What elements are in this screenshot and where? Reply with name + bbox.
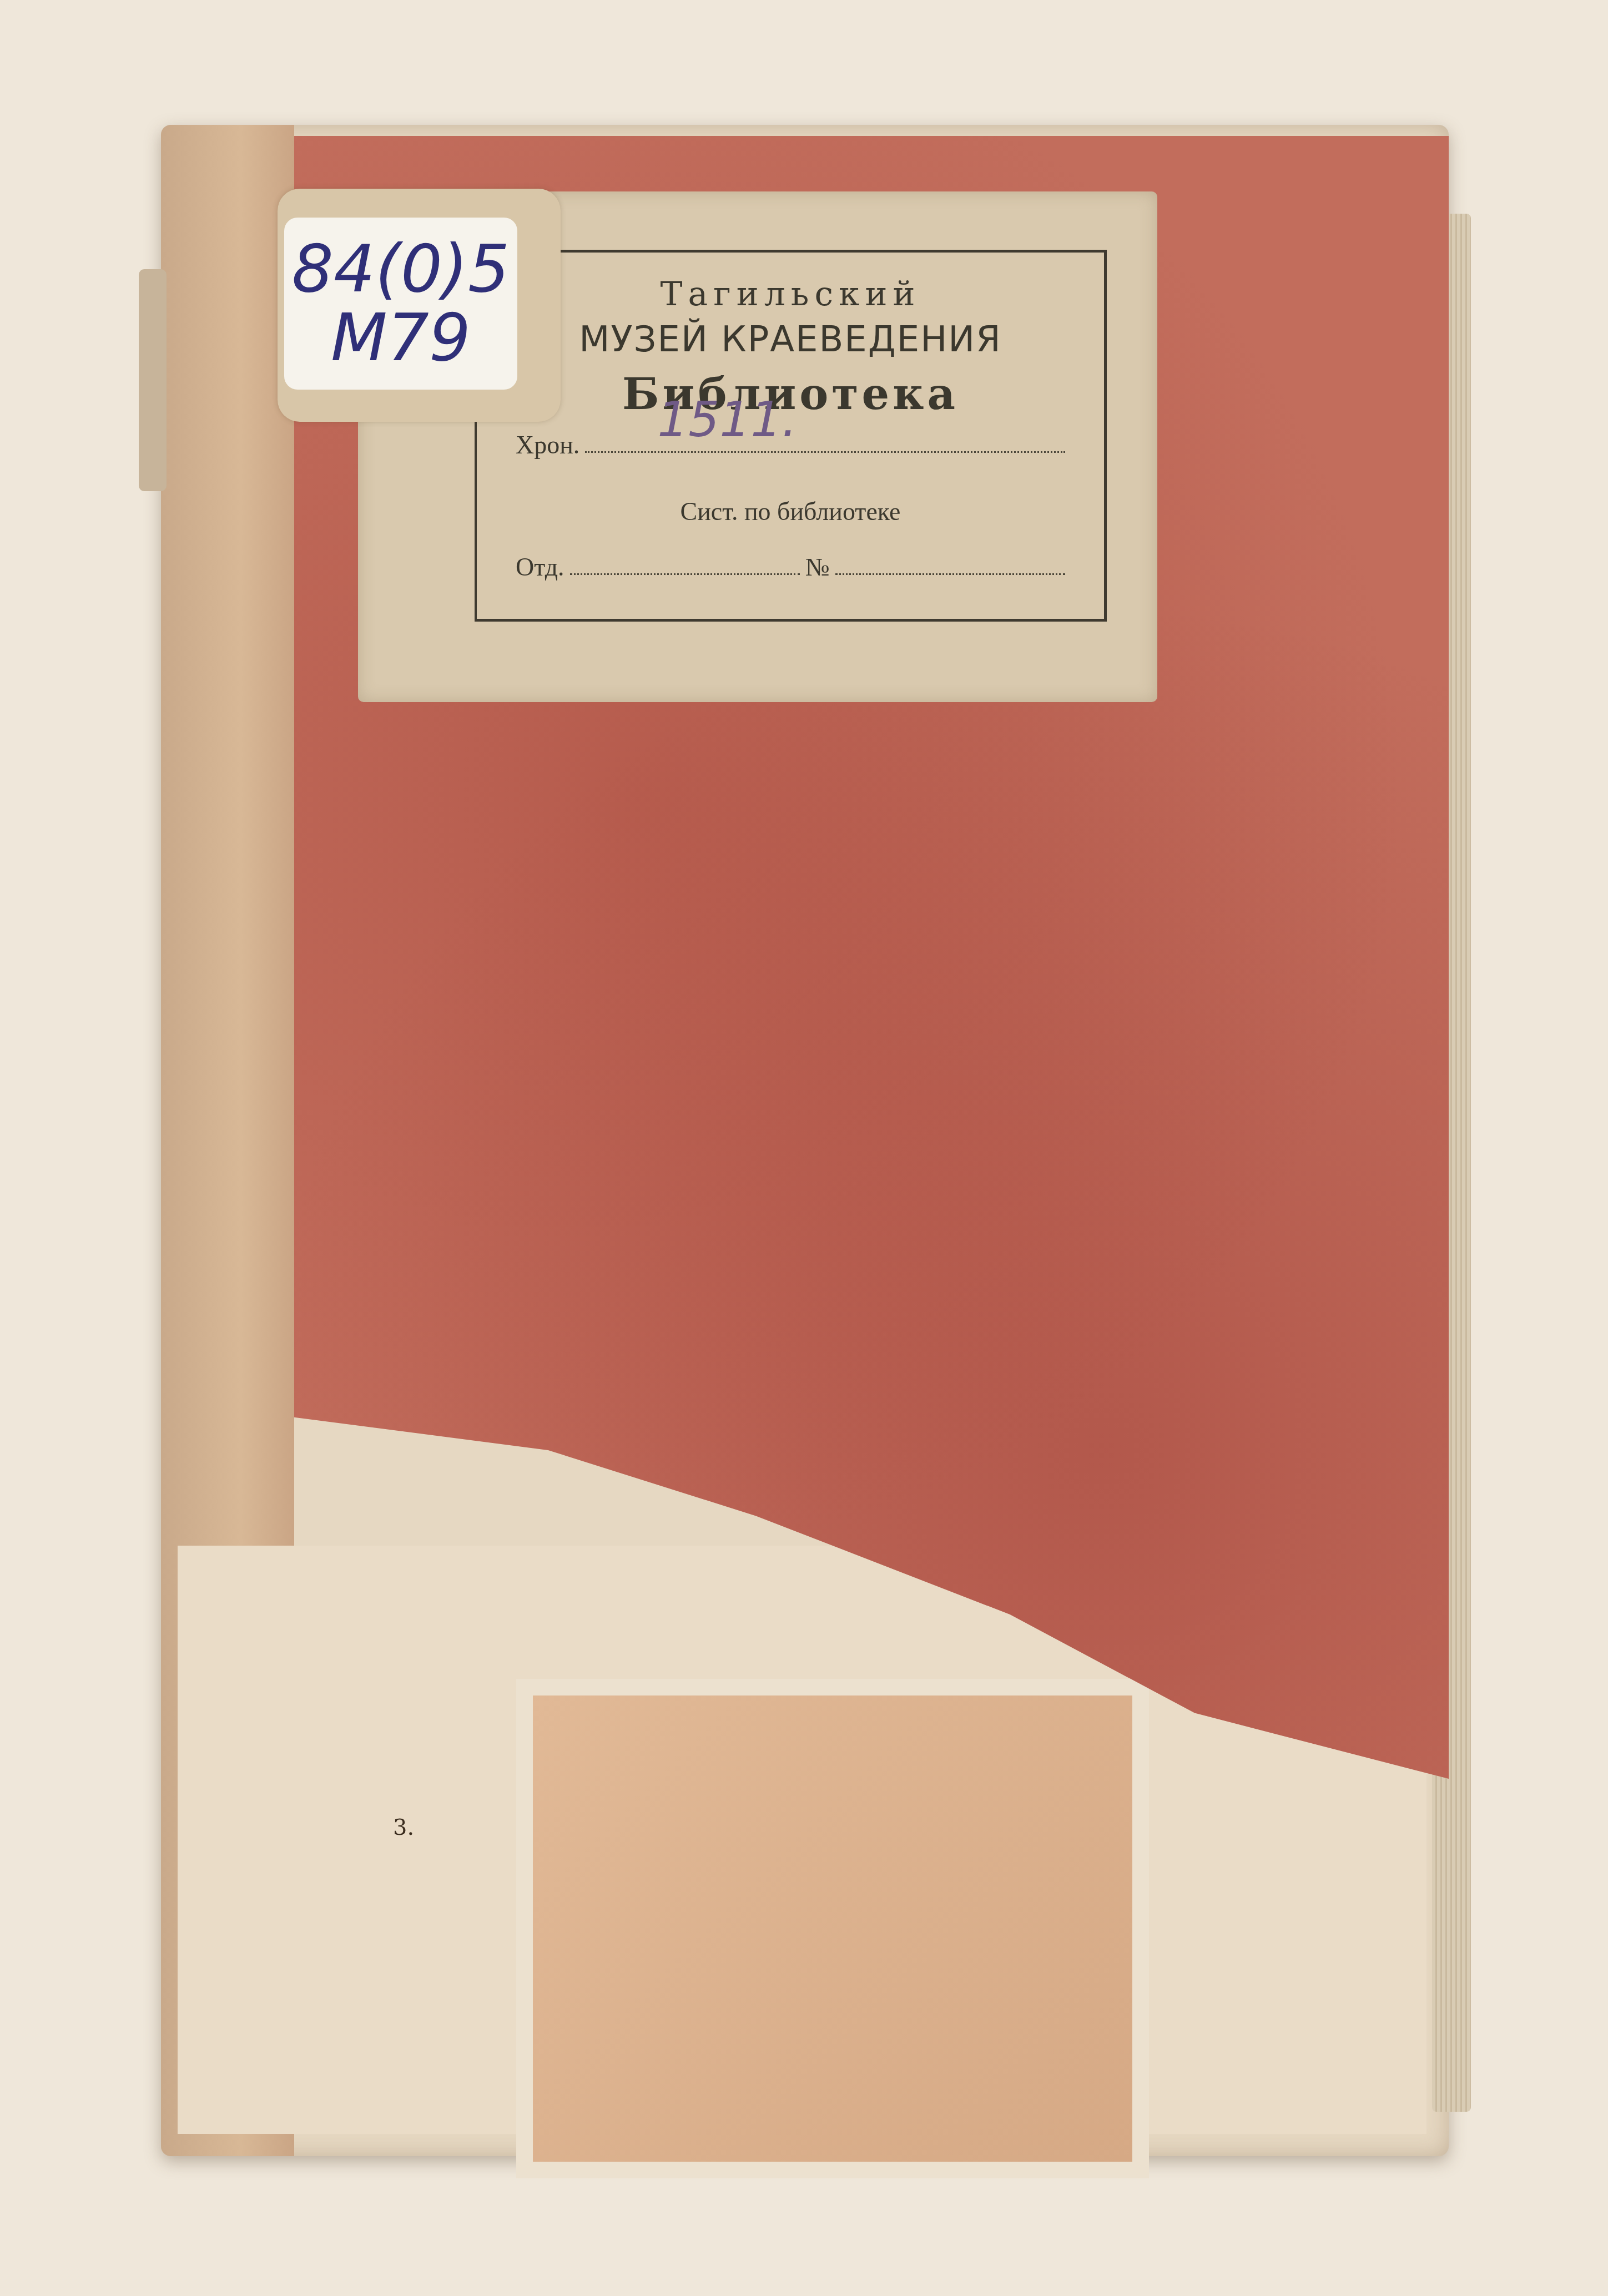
number-label: № xyxy=(805,552,830,582)
chron-dotted-line: 1511. xyxy=(585,451,1065,453)
book: 3. Тагильский МУЗЕЙ КРАЕВЕДЕНИЯ Библиоте… xyxy=(161,125,1449,2156)
call-number-line1: 84(0)5 xyxy=(292,235,510,304)
label-city: Тагильский xyxy=(477,275,1104,314)
call-number-sticker: 84(0)5 M79 xyxy=(284,218,517,390)
label-frame: Тагильский МУЗЕЙ КРАЕВЕДЕНИЯ Библиотека … xyxy=(475,250,1107,622)
chron-handwritten-value: 1511. xyxy=(657,391,797,448)
dept-dotted-line xyxy=(570,573,800,575)
call-number-tag: 84(0)5 M79 xyxy=(278,189,561,422)
number-dotted-line xyxy=(835,573,1065,575)
system-line: Сист. по библиотеке xyxy=(477,497,1104,526)
dept-label: Отд. xyxy=(516,552,564,582)
dept-field: Отд. № xyxy=(516,552,1071,582)
call-number-line2: M79 xyxy=(331,304,471,372)
spine-tear xyxy=(139,269,167,491)
label-museum: МУЗЕЙ КРАЕВЕДЕНИЯ xyxy=(477,319,1104,360)
page-number: 3. xyxy=(393,1815,414,1840)
chron-label: Хрон. xyxy=(516,430,579,460)
inner-paper-patch xyxy=(516,1679,1149,2178)
chron-field: Хрон. 1511. xyxy=(516,430,1071,460)
